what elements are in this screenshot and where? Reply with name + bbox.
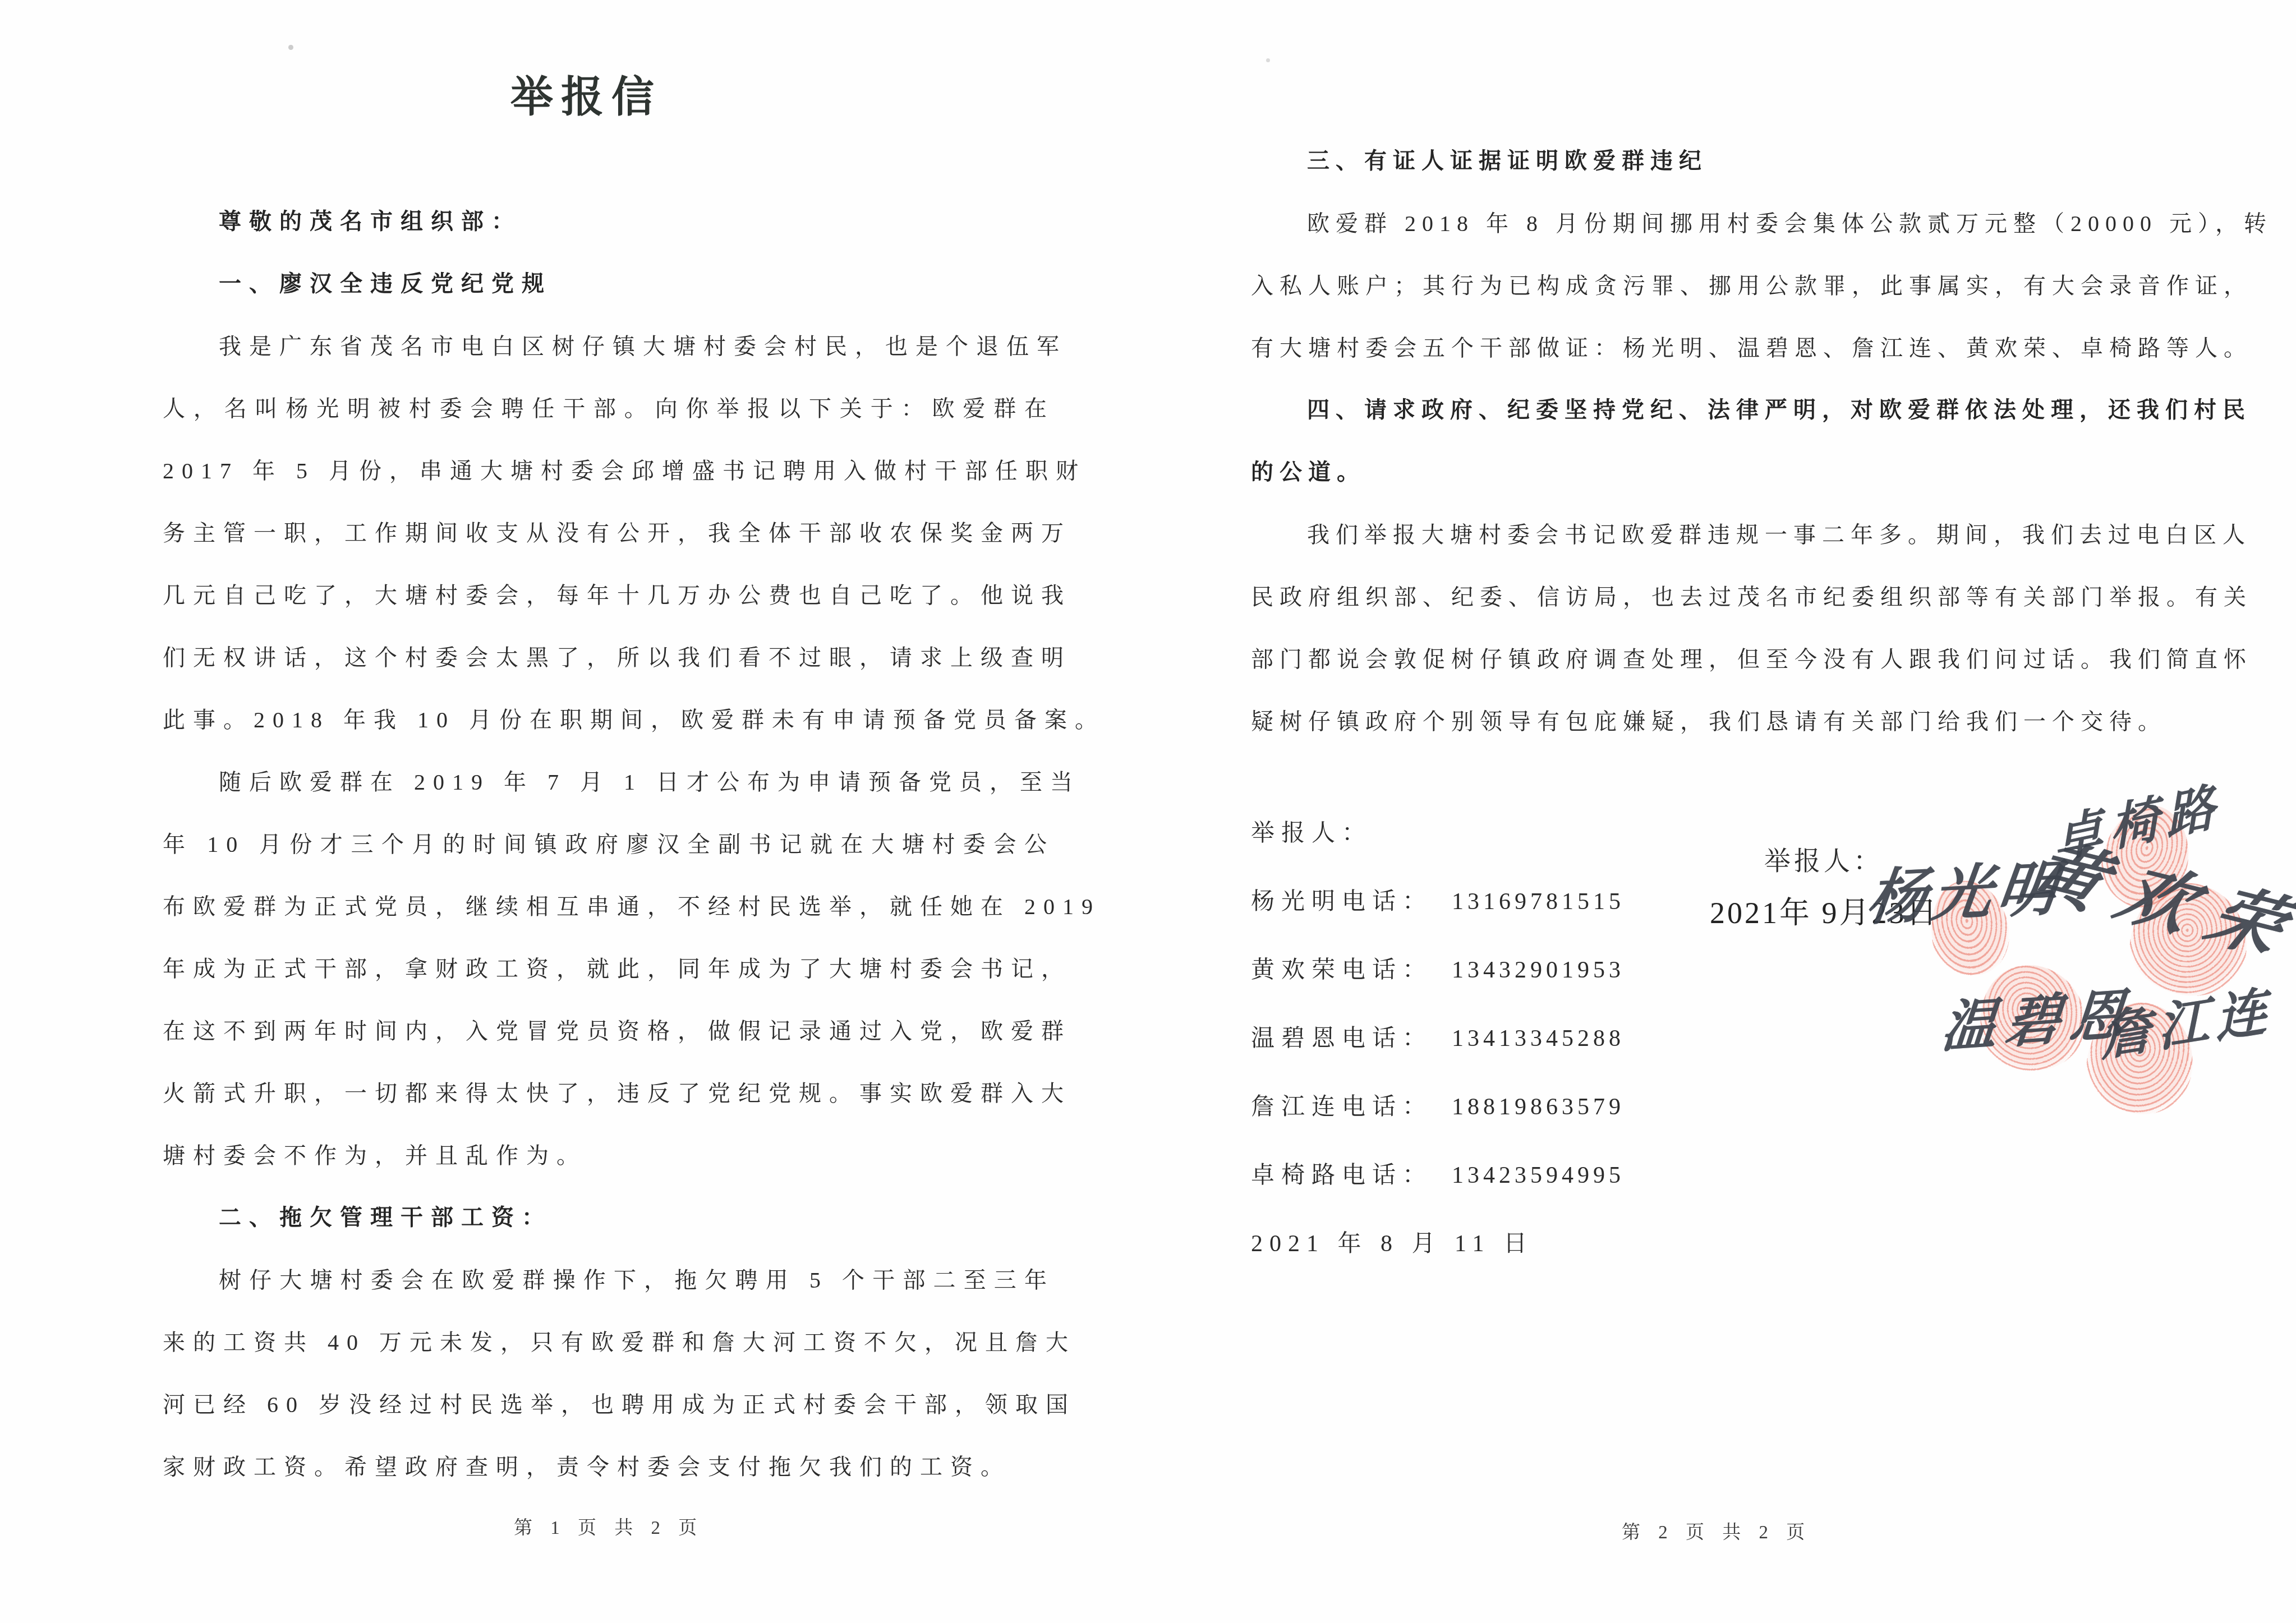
- text-line: 民政府组织部、纪委、信访局，也去过茂名市纪委组织部等有关部门举报。有关: [1251, 566, 2238, 628]
- text-line: 年 10 月份才三个月的时间镇政府廖汉全副书记就在大塘村委会公: [163, 813, 1055, 875]
- reporter-row: 杨光明电话：13169781515: [1251, 868, 2238, 936]
- salutation: 尊敬的茂名市组织部：: [163, 191, 1055, 253]
- reporter-phone: 18819863579: [1452, 1094, 1625, 1120]
- text-line: 的公道。: [1251, 441, 2238, 504]
- page-2-footer: 第 2 页 共 2 页: [1251, 1518, 2182, 1544]
- scanned-letter: 举报信 尊敬的茂名市组织部： 一、廖汉全违反党纪党规 我是广东省茂名市电白区树仔…: [0, 0, 2296, 1623]
- reporter-name-label: 黄欢荣电话：: [1251, 957, 1433, 983]
- reporter-phone: 13432901953: [1452, 957, 1625, 983]
- reporter-name-label: 詹江连电话：: [1251, 1094, 1433, 1120]
- section-heading-3: 三、有证人证据证明欧爱群违纪: [1251, 130, 2238, 192]
- text-line: 此事。2018 年我 10 月份在职期间，欧爱群未有申请预备党员备案。: [163, 689, 1055, 751]
- text-line: 有大塘村委会五个干部做证：杨光明、温碧恩、詹江连、黄欢荣、卓椅路等人。: [1251, 317, 2238, 379]
- text-line: 几元自己吃了，大塘村委会，每年十几万办公费也自己吃了。他说我: [163, 564, 1055, 626]
- text-line: 入私人账户；其行为已构成贪污罪、挪用公款罪，此事属实，有大会录音作证，: [1251, 255, 2238, 317]
- page-1: 举报信 尊敬的茂名市组织部： 一、廖汉全违反党纪党规 我是广东省茂名市电白区树仔…: [163, 0, 1055, 1623]
- text-line: 家财政工资。希望政府查明，责令村委会支付拖欠我们的工资。: [163, 1436, 1055, 1498]
- text-line: 四、请求政府、纪委坚持党纪、法律严明，对欧爱群依法处理，还我们村民: [1251, 379, 2238, 441]
- reporter-name-label: 卓椅路电话：: [1251, 1163, 1433, 1188]
- reporter-name-label: 杨光明电话：: [1251, 889, 1433, 915]
- section-heading-2: 二、拖欠管理干部工资：: [163, 1187, 1055, 1249]
- text-line: 在这不到两年时间内，入党冒党员资格，做假记录通过入党，欧爱群: [163, 1000, 1055, 1062]
- text-line: 2017 年 5 月份，串通大塘村委会邱增盛书记聘用入做村干部任职财: [163, 440, 1055, 502]
- page-2: 三、有证人证据证明欧爱群违纪 欧爱群 2018 年 8 月份期间挪用村委会集体公…: [1251, 0, 2238, 1623]
- text-line: 随后欧爱群在 2019 年 7 月 1 日才公布为申请预备党员，至当: [163, 751, 1055, 813]
- text-line: 欧爱群 2018 年 8 月份期间挪用村委会集体公款贰万元整（20000 元），…: [1251, 192, 2238, 255]
- text-line: 来的工资共 40 万元未发，只有欧爱群和詹大河工资不欠，况且詹大: [163, 1311, 1055, 1373]
- text-line: 火箭式升职，一切都来得太快了，违反了党纪党规。事实欧爱群入大: [163, 1062, 1055, 1124]
- reporter-list: 举报人： 杨光明电话：13169781515 黄欢荣电话：13432901953…: [1251, 799, 2238, 1278]
- text-line: 塘村委会不作为，并且乱作为。: [163, 1124, 1055, 1187]
- text-line: 们无权讲话，这个村委会太黑了，所以我们看不过眼，请求上级查明: [163, 626, 1055, 689]
- text-line: 部门都说会敦促树仔镇政府调查处理，但至今没有人跟我们问过话。我们简直怀: [1251, 628, 2238, 690]
- reporter-phone: 13169781515: [1452, 889, 1625, 915]
- text-line: 疑树仔镇政府个别领导有包庇嫌疑，我们恳请有关部门给我们一个交待。: [1251, 690, 2238, 753]
- reporters-label: 举报人：: [1251, 799, 2238, 868]
- text-line: 布欧爱群为正式党员，继续相互串通，不经村民选举，就任她在 2019: [163, 875, 1055, 938]
- section-heading-1: 一、廖汉全违反党纪党规: [163, 253, 1055, 315]
- reporter-phone: 13413345288: [1452, 1026, 1625, 1052]
- reporter-row: 温碧恩电话：13413345288: [1251, 1004, 2238, 1073]
- reporter-name-label: 温碧恩电话：: [1251, 1026, 1433, 1052]
- text-line: 年成为正式干部，拿财政工资，就此，同年成为了大塘村委会书记，: [163, 938, 1055, 1000]
- reporter-row: 詹江连电话：18819863579: [1251, 1073, 2238, 1141]
- reporter-row: 卓椅路电话：13423594995: [1251, 1141, 2238, 1210]
- page-1-body: 尊敬的茂名市组织部： 一、廖汉全违反党纪党规 我是广东省茂名市电白区树仔镇大塘村…: [163, 191, 1055, 1498]
- reporter-row: 黄欢荣电话：13432901953: [1251, 936, 2238, 1004]
- text-line: 我是广东省茂名市电白区树仔镇大塘村委会村民，也是个退伍军: [163, 315, 1055, 377]
- text-line: 人，名叫杨光明被村委会聘任干部。向你举报以下关于：欧爱群在: [163, 377, 1055, 440]
- text-line: 务主管一职，工作期间收支从没有公开，我全体干部收农保奖金两万: [163, 502, 1055, 564]
- page-2-body: 三、有证人证据证明欧爱群违纪 欧爱群 2018 年 8 月份期间挪用村委会集体公…: [1251, 130, 2238, 753]
- text-line: 河已经 60 岁没经过村民选举，也聘用成为正式村委会干部，领取国: [163, 1373, 1055, 1436]
- letter-date: 2021 年 8 月 11 日: [1251, 1210, 2238, 1278]
- text-line: 树仔大塘村委会在欧爱群操作下，拖欠聘用 5 个干部二至三年: [163, 1249, 1055, 1311]
- scan-speck: [288, 45, 293, 50]
- scan-speck: [1266, 58, 1270, 62]
- reporter-phone: 13423594995: [1452, 1163, 1625, 1188]
- page-1-footer: 第 1 页 共 2 页: [163, 1513, 1055, 1539]
- text-line: 我们举报大塘村委会书记欧爱群违规一事二年多。期间，我们去过电白区人: [1251, 504, 2238, 566]
- page-title: 举报信: [163, 63, 1010, 124]
